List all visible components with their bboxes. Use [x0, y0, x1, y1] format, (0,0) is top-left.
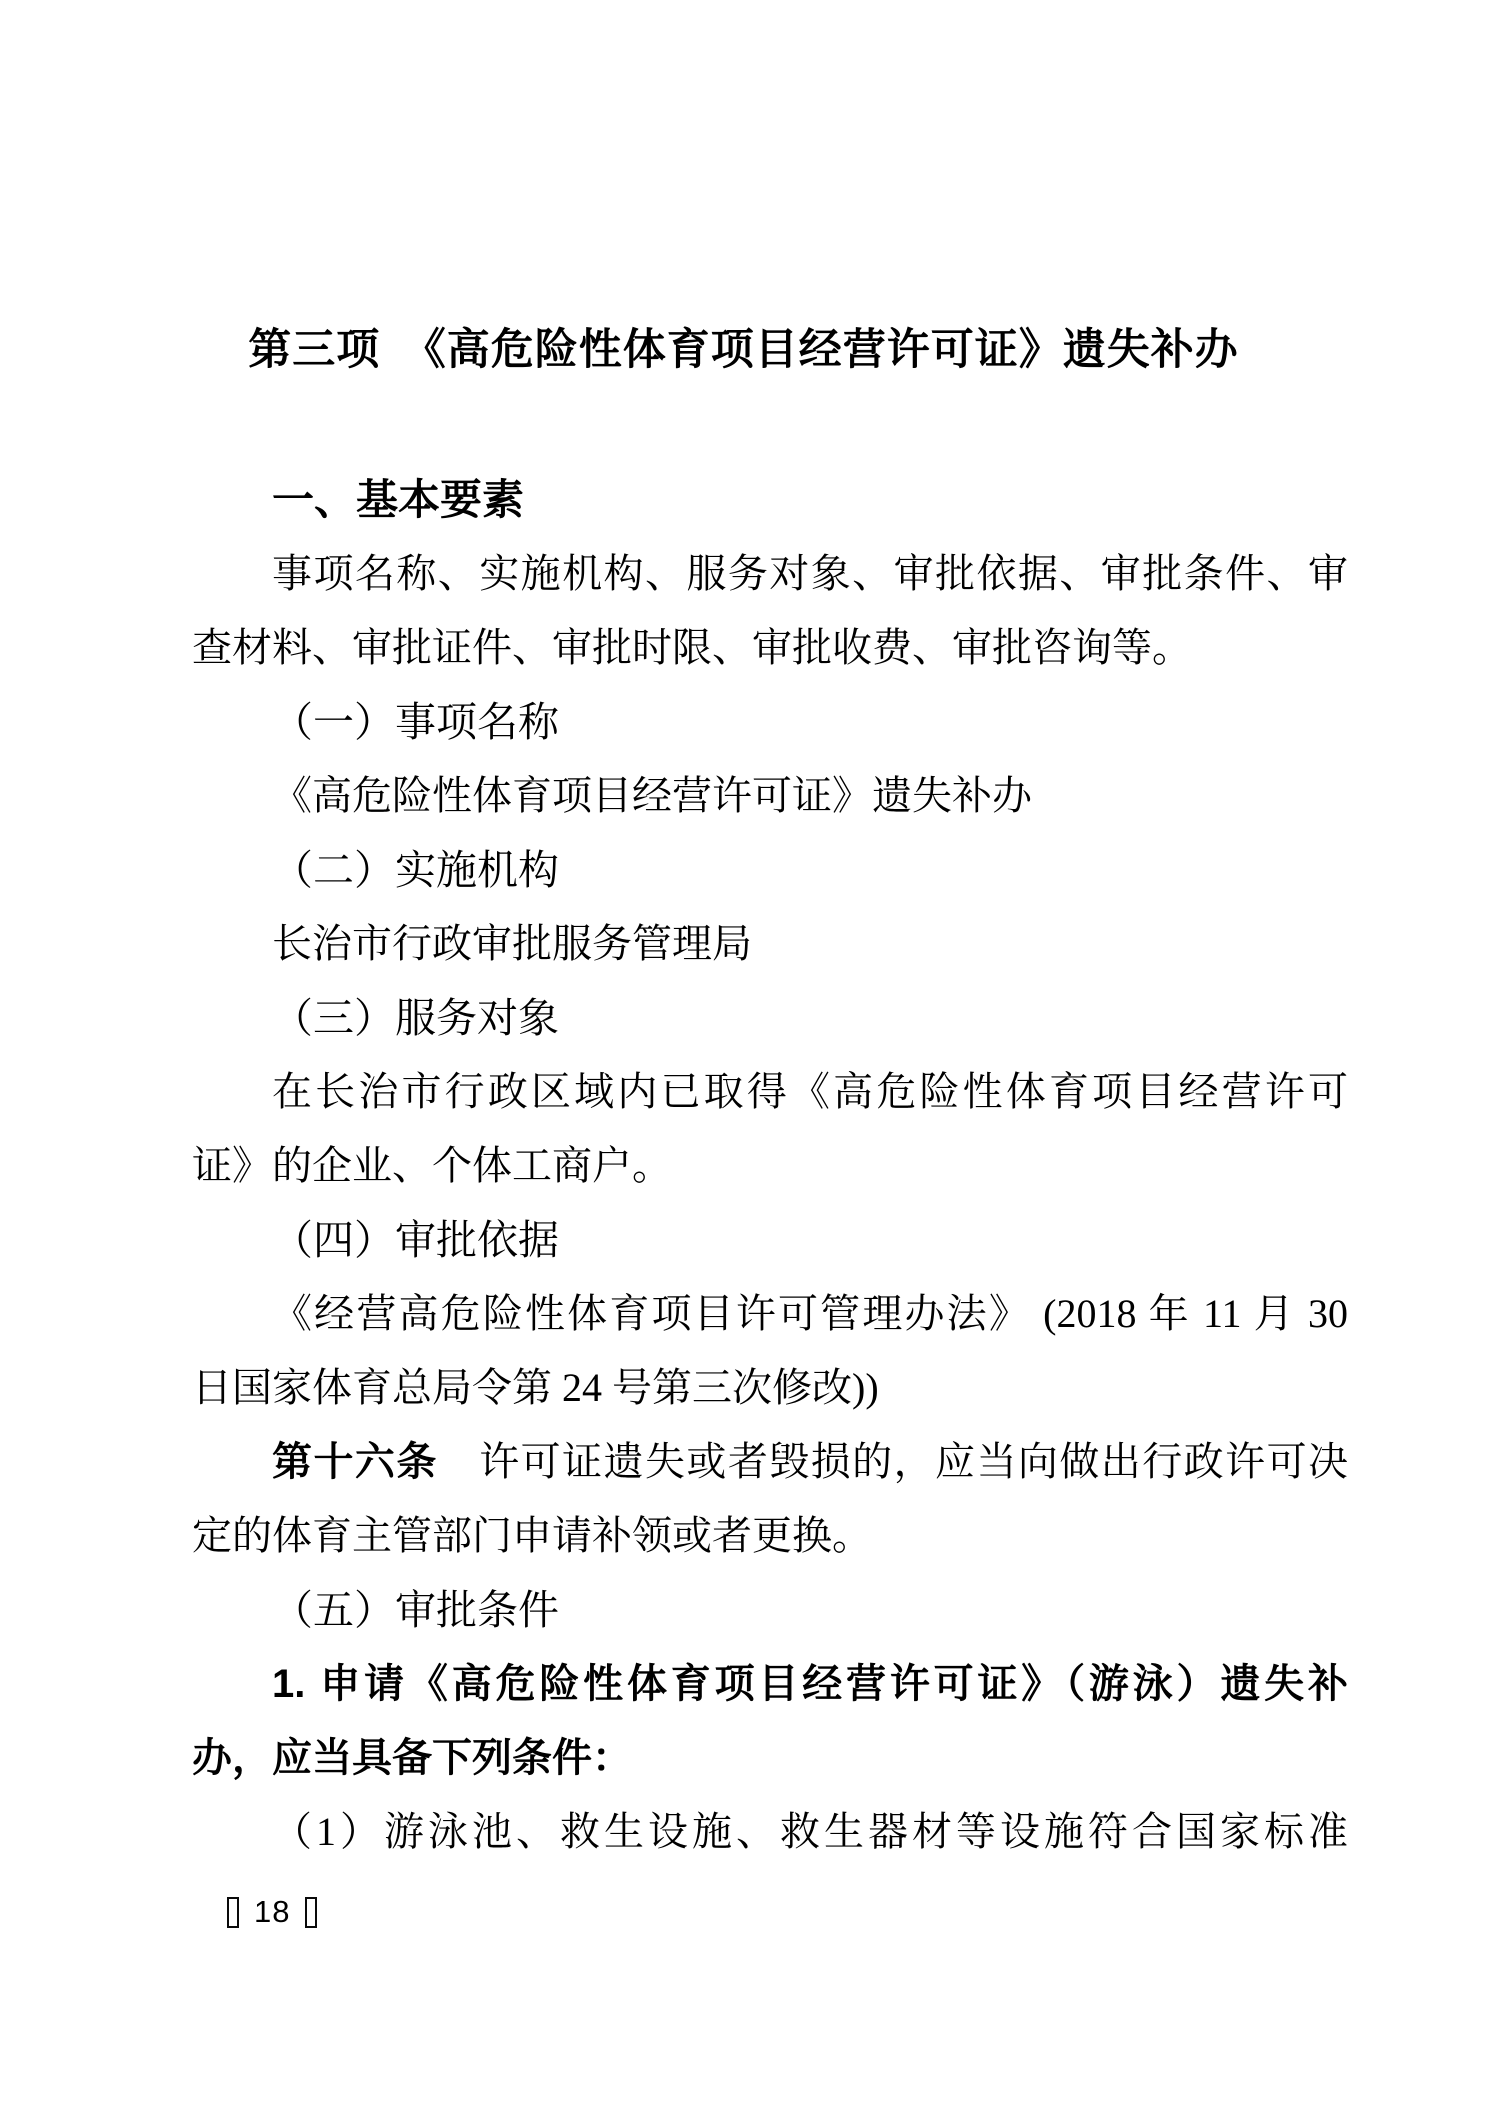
body-line: 事项名称、实施机构、服务对象、审批依据、审批条件、审: [192, 537, 1348, 611]
body-line: （1）游泳池、救生设施、救生器材等设施符合国家标准: [192, 1795, 1348, 1869]
body-line: 查材料、审批证件、审批时限、审批收费、审批咨询等。: [192, 611, 1348, 685]
body-line: 定的体育主管部门申请补领或者更换。: [192, 1499, 1348, 1573]
text-run: 许可证遗失或者毁损的，应当向做出行政许可决: [438, 1439, 1348, 1484]
heading-implementing-agency: （二）实施机构: [192, 833, 1348, 907]
page-number: 18: [254, 1894, 290, 1930]
document-title: 第三项 《高危险性体育项目经营许可证》遗失补办: [0, 322, 1487, 378]
text-run: 1. 申请《高危险性体育项目经营许可证》（游泳）遗失补: [272, 1662, 1348, 1706]
body-line: 证》的企业、个体工商户。: [192, 1129, 1348, 1203]
text-run: （一）事项名称: [272, 699, 559, 745]
text-run: 《高危险性体育项目经营许可证》遗失补办: [272, 773, 1032, 818]
body-line: 1. 申请《高危险性体育项目经营许可证》（游泳）遗失补: [192, 1647, 1348, 1721]
document-body: 一、基本要素事项名称、实施机构、服务对象、审批依据、审批条件、审查材料、审批证件…: [192, 463, 1348, 1869]
body-line: 《高危险性体育项目经营许可证》遗失补办: [192, 759, 1348, 833]
text-run: （二）实施机构: [272, 847, 559, 893]
text-run: 办，应当具备下列条件：: [192, 1736, 632, 1780]
body-line: 长治市行政审批服务管理局: [192, 907, 1348, 981]
text-run: 长治市行政审批服务管理局: [272, 921, 752, 966]
text-run: （四）审批依据: [272, 1217, 559, 1263]
text-run: （五）审批条件: [272, 1587, 559, 1633]
text-run: 事项名称、实施机构、服务对象、审批依据、审批条件、审: [272, 551, 1348, 596]
text-run: （1）游泳池、救生设施、救生器材等设施符合国家标准: [272, 1809, 1348, 1854]
text-run: 第十六条: [272, 1440, 438, 1484]
heading-approval-basis: （四）审批依据: [192, 1203, 1348, 1277]
body-line: 日国家体育总局令第 24 号第三次修改)): [192, 1351, 1348, 1425]
heading-item-name: （一）事项名称: [192, 685, 1348, 759]
body-line: 《经营高危险性体育项目许可管理办法》 (2018 年 11 月 30: [192, 1277, 1348, 1351]
text-run: 定的体育主管部门申请补领或者更换。: [192, 1513, 872, 1558]
text-run: （三）服务对象: [272, 995, 559, 1041]
text-run: 在长治市行政区域内已取得《高危险性体育项目经营许可: [272, 1069, 1348, 1114]
text-run: 查材料、审批证件、审批时限、审批收费、审批咨询等。: [192, 625, 1192, 670]
heading-approval-conditions: （五）审批条件: [192, 1573, 1348, 1647]
missing-glyph-box-icon: [305, 1897, 317, 1928]
text-run: 证》的企业、个体工商户。: [192, 1143, 672, 1188]
text-run: 一、基本要素: [272, 476, 524, 523]
body-line: 第十六条 许可证遗失或者毁损的，应当向做出行政许可决: [192, 1425, 1348, 1499]
page-footer: 18: [227, 1894, 317, 1930]
body-line: 办，应当具备下列条件：: [192, 1721, 1348, 1795]
heading-service-target: （三）服务对象: [192, 981, 1348, 1055]
text-run: 《经营高危险性体育项目许可管理办法》 (2018 年 11 月 30: [272, 1291, 1348, 1336]
missing-glyph-box-icon: [227, 1897, 239, 1928]
document-page: 第三项 《高危险性体育项目经营许可证》遗失补办 一、基本要素事项名称、实施机构、…: [0, 0, 1487, 2105]
text-run: 日国家体育总局令第 24 号第三次修改)): [192, 1365, 879, 1410]
heading-basic-elements: 一、基本要素: [192, 463, 1348, 537]
body-line: 在长治市行政区域内已取得《高危险性体育项目经营许可: [192, 1055, 1348, 1129]
